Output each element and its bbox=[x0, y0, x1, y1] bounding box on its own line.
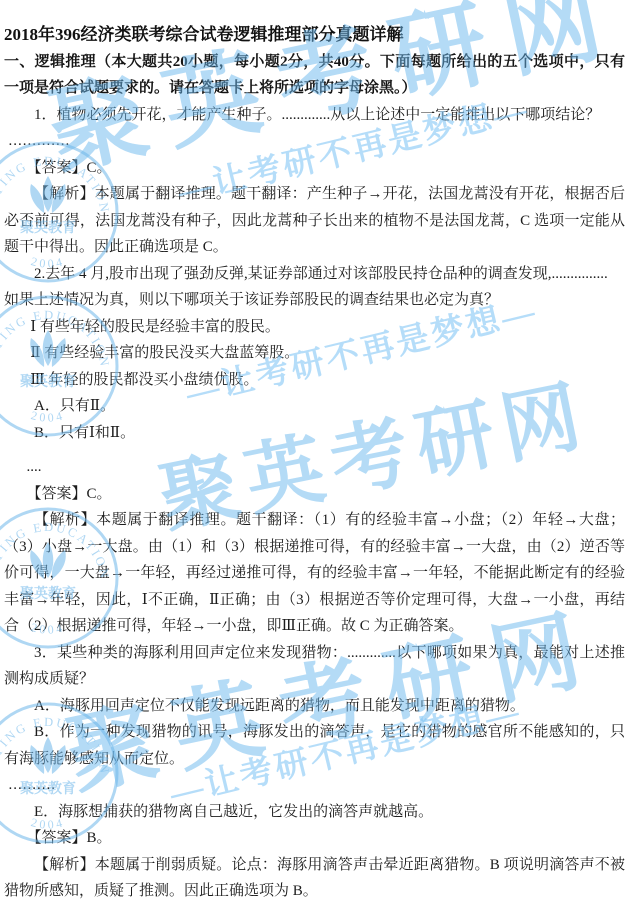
q2-stem-continued: 如果上述情况为真，则以下哪项关于该证券部股民的调查结果也必定为真？ bbox=[4, 287, 625, 314]
page-title: 2018年396经济类联考综合试卷逻辑推理部分真题详解 bbox=[4, 22, 625, 49]
q2-analysis: 【解析】本题属于翻译推理。题干翻译：（1）有的经验丰富→小盘；（2）年轻→大盘；… bbox=[4, 507, 625, 640]
q1-analysis: 【解析】本题属于翻译推理。题干翻译：产生种子→开花，法国龙蒿没有开花，根据否后必… bbox=[4, 181, 625, 261]
q1-stem: 1．植物必须先开花，才能产生种子。.............从以上论述中一定能推… bbox=[4, 102, 625, 129]
q2-stem: 2.去年 4 月,股市出现了强劲反弹,某证券部通过对该部股民持仓品种的调查发现,… bbox=[4, 261, 625, 288]
q2-option-b: B．只有Ⅰ和Ⅱ。 bbox=[4, 420, 625, 447]
q1-ellipsis: ............. bbox=[4, 128, 625, 155]
q3-analysis: 【解析】本题属于削弱质疑。论点：海豚用滴答声击晕近距离猎物。B 项说明滴答声不被… bbox=[4, 852, 625, 905]
q2-option-a: A．只有Ⅱ。 bbox=[4, 393, 625, 420]
q2-item-3: Ⅲ 年轻的股民都没买小盘绩优股。 bbox=[4, 367, 625, 394]
q3-option-e: E．海豚想捕获的猎物离自己越近，它发出的滴答声就越高。 bbox=[4, 799, 625, 826]
q2-item-1: Ⅰ 有些年轻的股民是经验丰富的股民。 bbox=[4, 314, 625, 341]
q2-ellipsis: .... bbox=[4, 454, 625, 481]
document-page: 2018年396经济类联考综合试卷逻辑推理部分真题详解 一、逻辑推理（本大题共2… bbox=[0, 0, 629, 905]
q2-answer: 【答案】C。 bbox=[4, 481, 625, 508]
q3-answer: 【答案】B。 bbox=[4, 825, 625, 852]
q3-option-a: A．海豚用回声定位不仅能发现远距离的猎物，而且能发现中距离的猎物。 bbox=[4, 693, 625, 720]
q1-answer: 【答案】C。 bbox=[4, 155, 625, 182]
q3-ellipsis: .......... bbox=[4, 772, 625, 799]
q3-option-b: B．作为一种发现猎物的讯号，海豚发出的滴答声，是它的猎物的感官所不能感知的，只有… bbox=[4, 719, 625, 772]
q2-item-2: Ⅱ 有些经验丰富的股民没买大盘蓝筹股。 bbox=[4, 340, 625, 367]
q3-stem: 3．某些种类的海豚利用回声定位来发现猎物：.............以下哪项如果… bbox=[4, 640, 625, 693]
section-heading: 一、逻辑推理（本大题共20小题，每小题2分，共40分。下面每题所给出的五个选项中… bbox=[4, 49, 625, 102]
